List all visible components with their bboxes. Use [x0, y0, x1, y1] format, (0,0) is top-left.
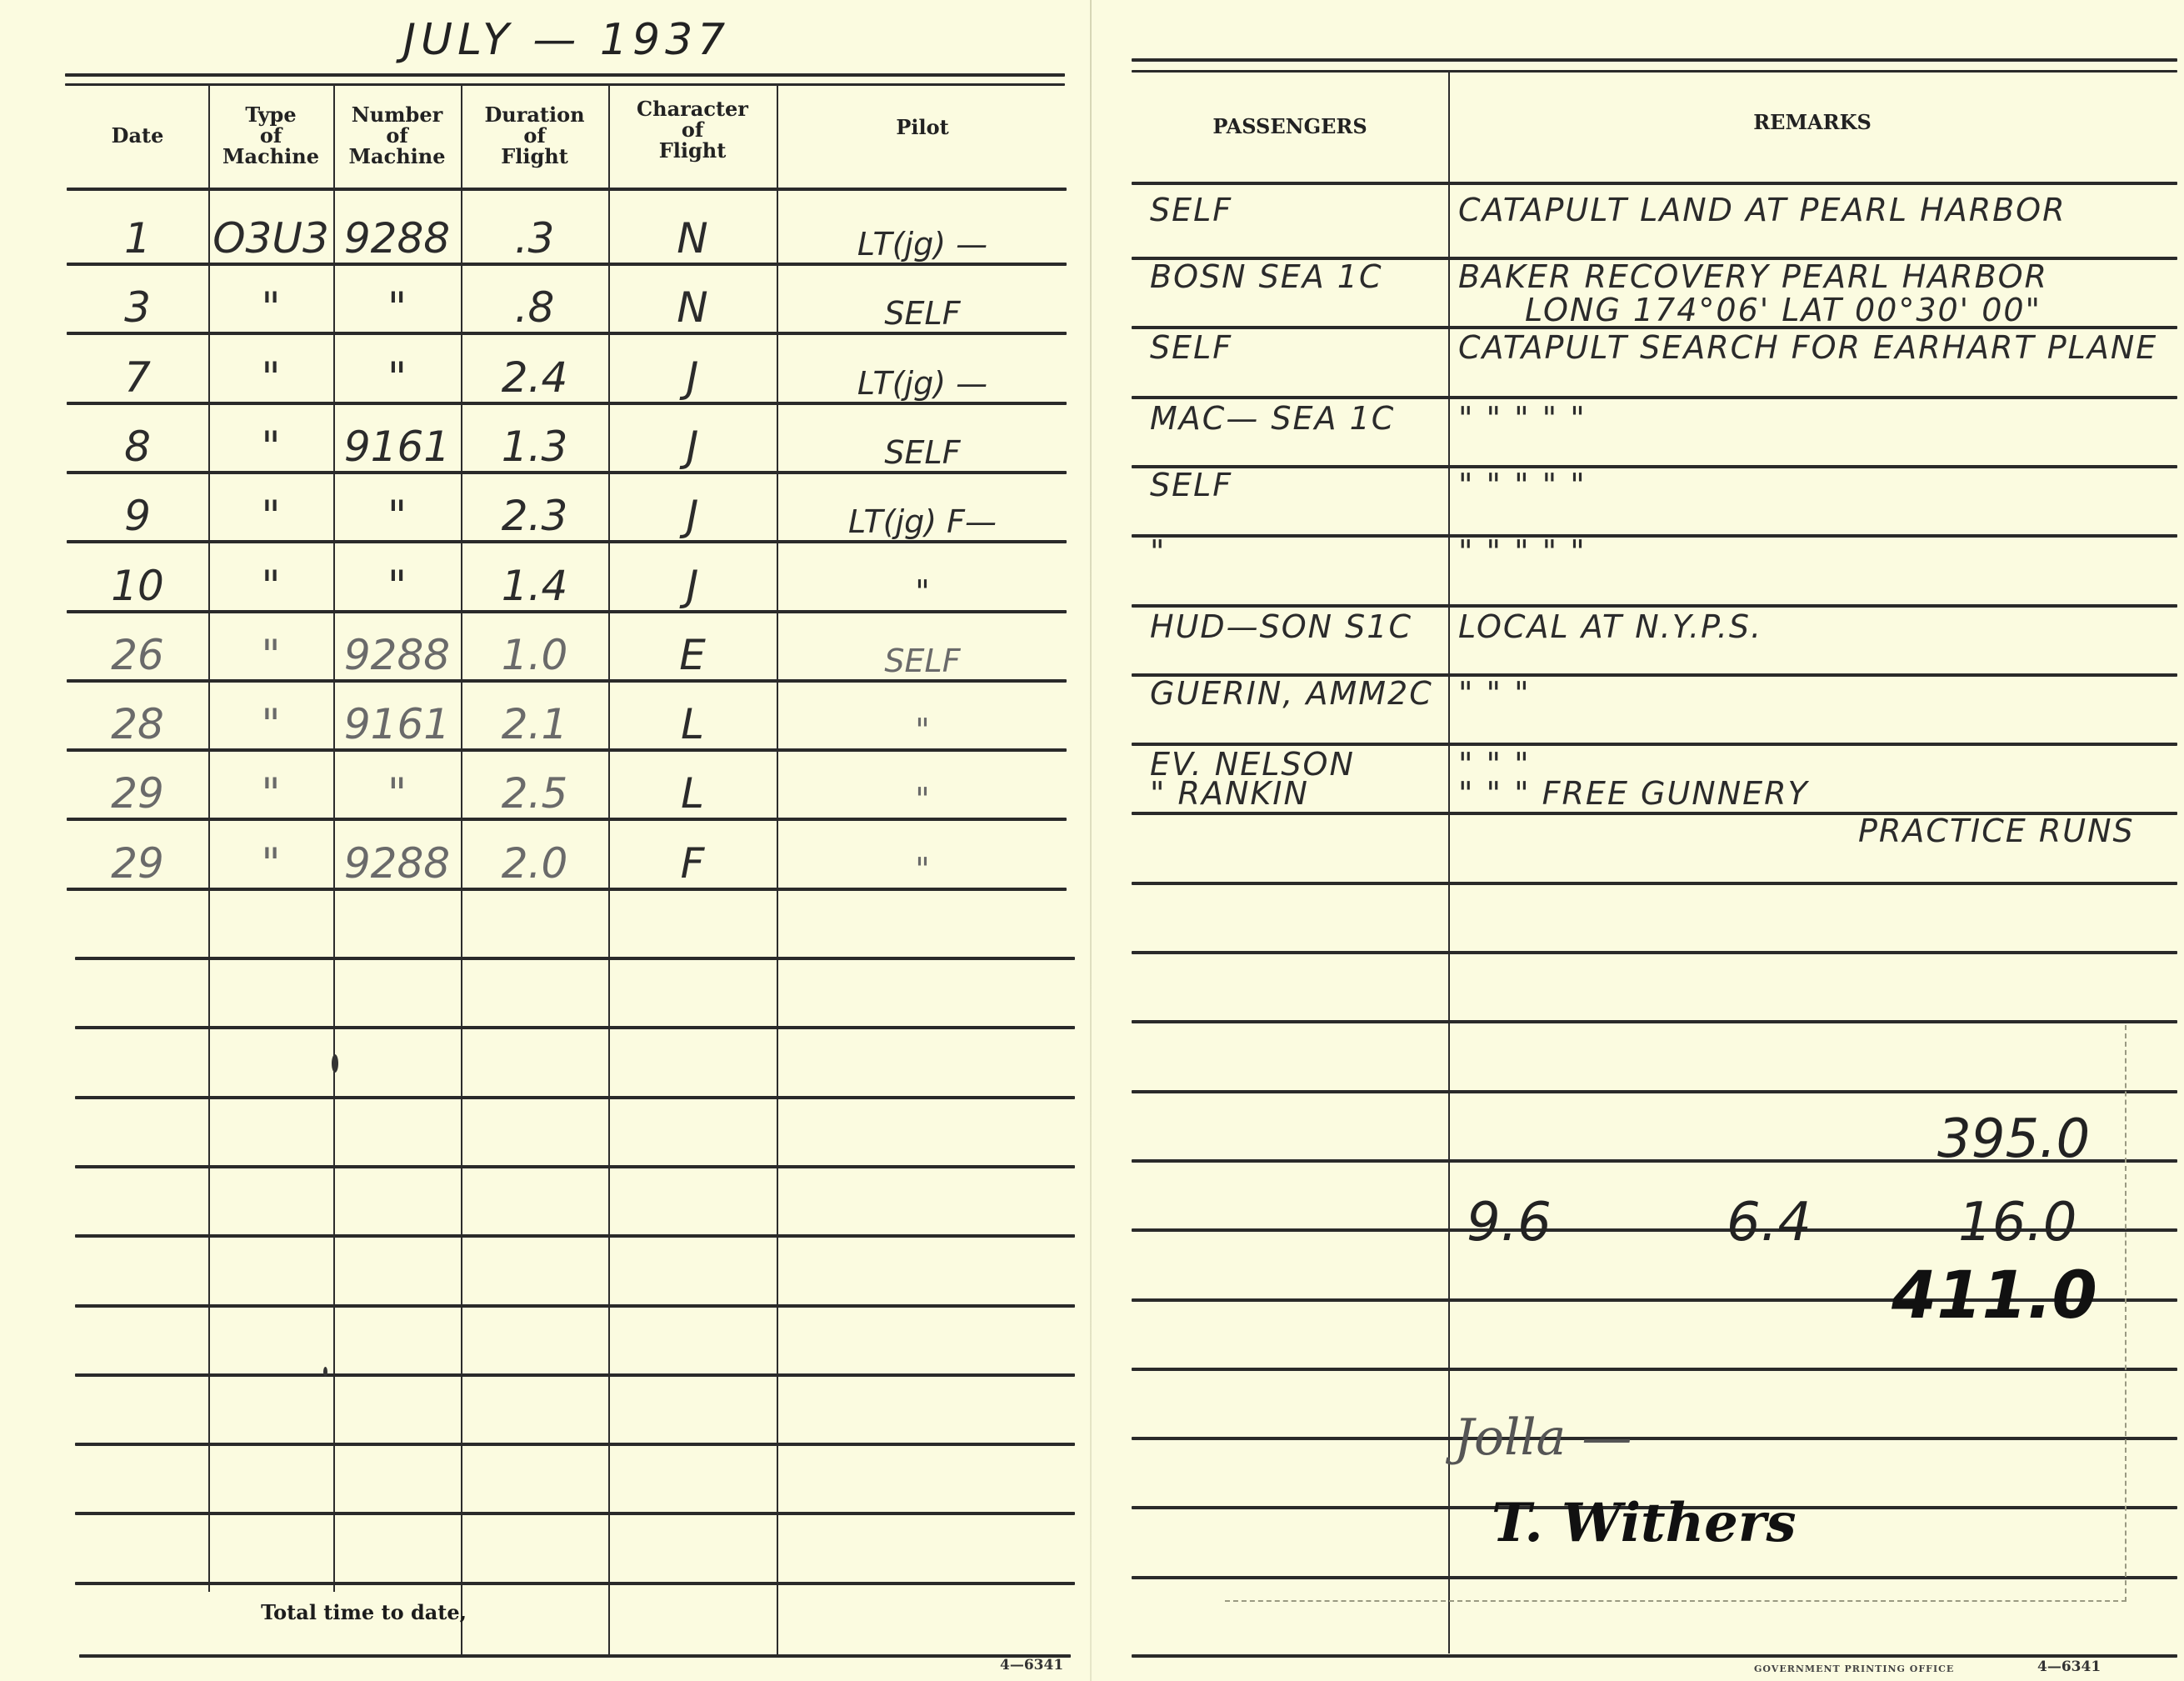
- cell-type: ": [208, 829, 333, 888]
- cell-date: 26: [67, 621, 208, 679]
- cell-number: 9161: [333, 413, 461, 471]
- cell-duration: 2.0: [461, 829, 608, 888]
- remark-entry: " " " " ": [1458, 467, 1587, 503]
- cell-character: J: [608, 343, 777, 402]
- cell-character: L: [608, 759, 777, 818]
- cell-character: J: [608, 552, 777, 610]
- remark-entry: " " " " ": [1458, 533, 1587, 570]
- previous-total: 395.0: [1937, 1108, 2090, 1170]
- row-rule: [67, 540, 1067, 543]
- row-rule: [1132, 396, 2177, 399]
- cell-pilot: LT(jg) —: [777, 343, 1068, 402]
- remark-entry: " " " FREE GUNNERY: [1458, 775, 1809, 812]
- cell-number: ": [333, 552, 461, 610]
- cell-type: O3U3: [208, 204, 333, 263]
- cell-type: ": [208, 482, 333, 540]
- remark-entry: " " ": [1458, 675, 1531, 712]
- cell-character: L: [608, 690, 777, 748]
- cell-date: 8: [67, 413, 208, 471]
- passenger-entry: " RANKIN: [1150, 775, 1442, 812]
- cell-type: ": [208, 552, 333, 610]
- cell-type: ": [208, 690, 333, 748]
- row-rule: [75, 1026, 1075, 1029]
- cell-number: ": [333, 343, 461, 402]
- cell-date: 10: [67, 552, 208, 610]
- remark-entry: BAKER RECOVERY PEARL HARBOR: [1458, 258, 2048, 295]
- cell-pilot: LT(jg) —: [777, 204, 1068, 263]
- remark-entry: " " " " ": [1458, 400, 1587, 437]
- passenger-entry: SELF: [1150, 192, 1442, 228]
- cell-pilot: ": [777, 759, 1068, 818]
- header-top-rule: [65, 73, 1065, 77]
- cell-duration: .8: [461, 273, 608, 332]
- signature-first: Jolla —: [1454, 1408, 1632, 1467]
- cell-type: ": [208, 343, 333, 402]
- cell-pilot: ": [777, 829, 1068, 888]
- remark-entry: CATAPULT LAND AT PEARL HARBOR: [1458, 192, 2066, 228]
- row-rule: [75, 1582, 1075, 1585]
- header-character-of-flight: CharacterofFlight: [608, 83, 777, 188]
- cell-date: 9: [67, 482, 208, 540]
- remark-entry: LOCAL AT N.Y.P.S.: [1458, 608, 1762, 645]
- cell-pilot: LT(jg) F—: [777, 482, 1068, 540]
- cell-number: ": [333, 273, 461, 332]
- passenger-entry: SELF: [1150, 329, 1442, 366]
- cell-pilot: ": [777, 690, 1068, 748]
- form-number-left: 4—6341: [1000, 1657, 1063, 1673]
- row-rule: [67, 818, 1067, 821]
- header-date: Date: [67, 83, 208, 188]
- remark-entry: LONG 174°06' LAT 00°30' 00": [1525, 292, 2042, 328]
- header-passengers: PASSENGERS: [1132, 70, 1448, 183]
- cell-type: ": [208, 621, 333, 679]
- row-rule: [75, 1373, 1075, 1377]
- cell-date: 29: [67, 759, 208, 818]
- cell-character: E: [608, 621, 777, 679]
- row-rule: [67, 402, 1067, 405]
- cell-duration: 2.1: [461, 690, 608, 748]
- header-type-of-machine: TypeofMachine: [208, 83, 333, 188]
- passenger-entry: BOSN SEA 1C: [1150, 258, 1442, 295]
- right-page: PASSENGERS REMARKS SELFCATAPULT LAND AT …: [1092, 0, 2184, 1681]
- total-column-b: 6.4: [1727, 1192, 1812, 1253]
- row-rule: [75, 1512, 1075, 1515]
- passenger-entry: ": [1150, 533, 1442, 570]
- row-rule: [67, 679, 1067, 683]
- cell-date: 3: [67, 273, 208, 332]
- cell-number: ": [333, 482, 461, 540]
- remark-entry: PRACTICE RUNS: [1858, 813, 2135, 849]
- header-remarks: REMARKS: [1450, 70, 2175, 174]
- remark-entry: CATAPULT SEARCH FOR EARHART PLANE: [1458, 329, 2157, 366]
- cell-duration: 2.4: [461, 343, 608, 402]
- row-rule: [1132, 1020, 2177, 1023]
- log-title: JULY — 1937: [333, 15, 800, 65]
- ink-speck: [332, 1054, 338, 1073]
- row-rule: [75, 1234, 1075, 1238]
- row-rule: [75, 1096, 1075, 1099]
- header-bottom-rule: [67, 188, 1067, 191]
- cell-duration: .3: [461, 204, 608, 263]
- total-bottom-rule: [79, 1654, 1071, 1658]
- printer-imprint: GOVERNMENT PRINTING OFFICE: [1754, 1663, 1954, 1674]
- cell-number: ": [333, 759, 461, 818]
- cell-date: 29: [67, 829, 208, 888]
- header-number-of-machine: NumberofMachine: [333, 83, 461, 188]
- passenger-entry: GUERIN, AMM2C: [1150, 675, 1442, 712]
- cell-pilot: SELF: [777, 273, 1068, 332]
- bottom-rule: [1132, 1654, 2177, 1658]
- cell-date: 1: [67, 204, 208, 263]
- cell-character: N: [608, 204, 777, 263]
- row-rule: [67, 332, 1067, 335]
- row-rule: [1132, 951, 2177, 954]
- cell-character: J: [608, 413, 777, 471]
- cell-number: 9161: [333, 690, 461, 748]
- header-bottom-rule: [1132, 182, 2177, 185]
- row-rule: [75, 957, 1075, 960]
- header-duration-of-flight: DurationofFlight: [461, 83, 608, 188]
- cell-pilot: SELF: [777, 621, 1068, 679]
- left-page: JULY — 1937 Date TypeofMachine NumberofM…: [0, 0, 1092, 1681]
- cell-duration: 1.0: [461, 621, 608, 679]
- cell-character: F: [608, 829, 777, 888]
- cell-duration: 1.4: [461, 552, 608, 610]
- grand-total: 411.0: [1892, 1258, 2097, 1333]
- row-rule: [67, 471, 1067, 474]
- row-rule: [1132, 604, 2177, 608]
- signature-second: T. Withers: [1492, 1492, 1797, 1554]
- cell-pilot: SELF: [777, 413, 1068, 471]
- row-rule: [67, 610, 1067, 613]
- cell-pilot: ": [777, 552, 1068, 610]
- total-column-a: 9.6: [1467, 1192, 1552, 1253]
- total-time-label: Total time to date,: [167, 1600, 467, 1624]
- passenger-entry: HUD—SON S1C: [1150, 608, 1442, 645]
- cell-duration: 2.3: [461, 482, 608, 540]
- cell-type: ": [208, 759, 333, 818]
- passenger-entry: SELF: [1150, 467, 1442, 503]
- row-rule: [1132, 882, 2177, 885]
- cell-type: ": [208, 273, 333, 332]
- row-rule: [67, 748, 1067, 752]
- header-pilot: Pilot: [777, 83, 1068, 188]
- cell-date: 28: [67, 690, 208, 748]
- cell-character: N: [608, 273, 777, 332]
- cell-type: ": [208, 413, 333, 471]
- cell-number: 9288: [333, 621, 461, 679]
- ink-speck: [323, 1367, 327, 1377]
- cell-number: 9288: [333, 204, 461, 263]
- form-number-right: 4—6341: [2037, 1658, 2101, 1675]
- passenger-entry: MAC— SEA 1C: [1150, 400, 1442, 437]
- month-total: 16.0: [1958, 1192, 2077, 1253]
- row-rule: [67, 263, 1067, 266]
- row-rule: [75, 1304, 1075, 1308]
- cell-character: J: [608, 482, 777, 540]
- cell-duration: 1.3: [461, 413, 608, 471]
- header-top-rule: [1132, 58, 2177, 62]
- cell-duration: 2.5: [461, 759, 608, 818]
- row-rule: [67, 888, 1067, 891]
- cell-date: 7: [67, 343, 208, 402]
- row-rule: [75, 1443, 1075, 1446]
- cell-number: 9288: [333, 829, 461, 888]
- row-rule: [75, 1165, 1075, 1168]
